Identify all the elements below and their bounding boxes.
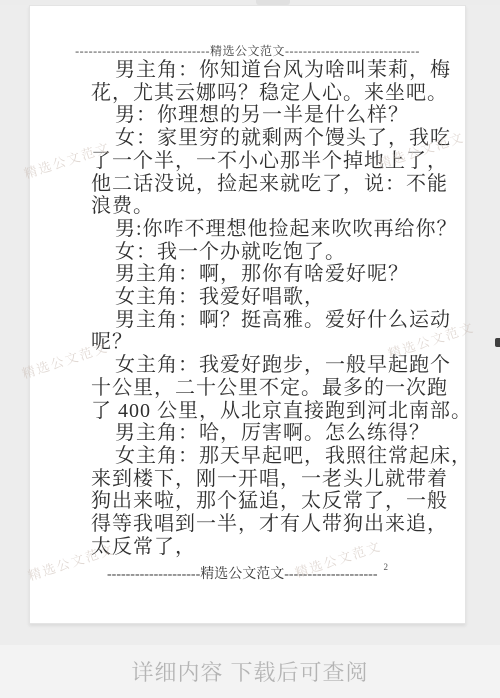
text-line: 狗出来啦，那个猛追，太反常了，一般 [91, 490, 453, 513]
document-page: ------------------------------精选公文范文----… [29, 5, 466, 624]
text-line: 得等我唱到一半，才有人带狗出来追， [91, 513, 453, 536]
text-line: 女：家里穷的就剩两个馒头了，我吃 [91, 127, 453, 150]
page-number: 2 [383, 562, 388, 572]
text-line: 呢？ [91, 331, 453, 354]
scroll-indicator[interactable] [495, 338, 500, 347]
document-header-rule: ------------------------------精选公文范文----… [30, 42, 465, 59]
text-line: 花，尤其云娜吗？稳定人心。来坐吧。 [91, 82, 453, 105]
text-line: 女主角：那天早起吧，我照往常起床， [91, 445, 453, 468]
text-line: 他二话没说，捡起来就吃了，说：不能 [91, 173, 453, 196]
text-line: 了一个半，一不小心那半个掉地上了， [91, 150, 453, 173]
document-preview-screen: ------------------------------精选公文范文----… [0, 0, 500, 698]
text-line: 来到楼下，刚一开唱，一老头儿就带着 [91, 468, 453, 491]
text-line: 了 400 公里，从北京直接跑到河北南部。 [91, 400, 453, 423]
text-line: 女主角：我爱好跑步，一般早起跑个 [91, 354, 453, 377]
text-line: 男主角：你知道台风为啥叫茉莉，梅 [91, 59, 453, 82]
text-line: 男:你咋不理想他捡起来吹吹再给你？ [91, 218, 453, 241]
text-line: 男主角：哈，厉害啊。怎么练得？ [91, 422, 453, 445]
document-footer-rule: --------------------精选公文范文--------------… [30, 562, 465, 583]
text-line: 男主角：啊，那你有啥爱好呢？ [91, 263, 453, 286]
footer-rule-text: --------------------精选公文范文--------------… [107, 567, 377, 582]
text-line: 男主角：啊？挺高雅。爱好什么运动 [91, 309, 453, 332]
bottom-bar: 详细内容 下载后可查阅 [0, 645, 500, 698]
text-line: 十公里，二十公里不定。最多的一次跑 [91, 377, 453, 400]
text-line: 男：你理想的另一半是什么样？ [91, 104, 453, 127]
text-line: 太反常了， [91, 536, 453, 559]
document-body: 男主角：你知道台风为啥叫茉莉，梅 花，尤其云娜吗？稳定人心。来坐吧。 男：你理想… [91, 59, 453, 558]
text-line: 女主角：我爱好唱歌， [91, 286, 453, 309]
text-line: 浪费。 [91, 195, 453, 218]
text-line: 女：我一个办就吃饱了。 [91, 241, 453, 264]
preview-caption: 详细内容 下载后可查阅 [131, 656, 368, 687]
